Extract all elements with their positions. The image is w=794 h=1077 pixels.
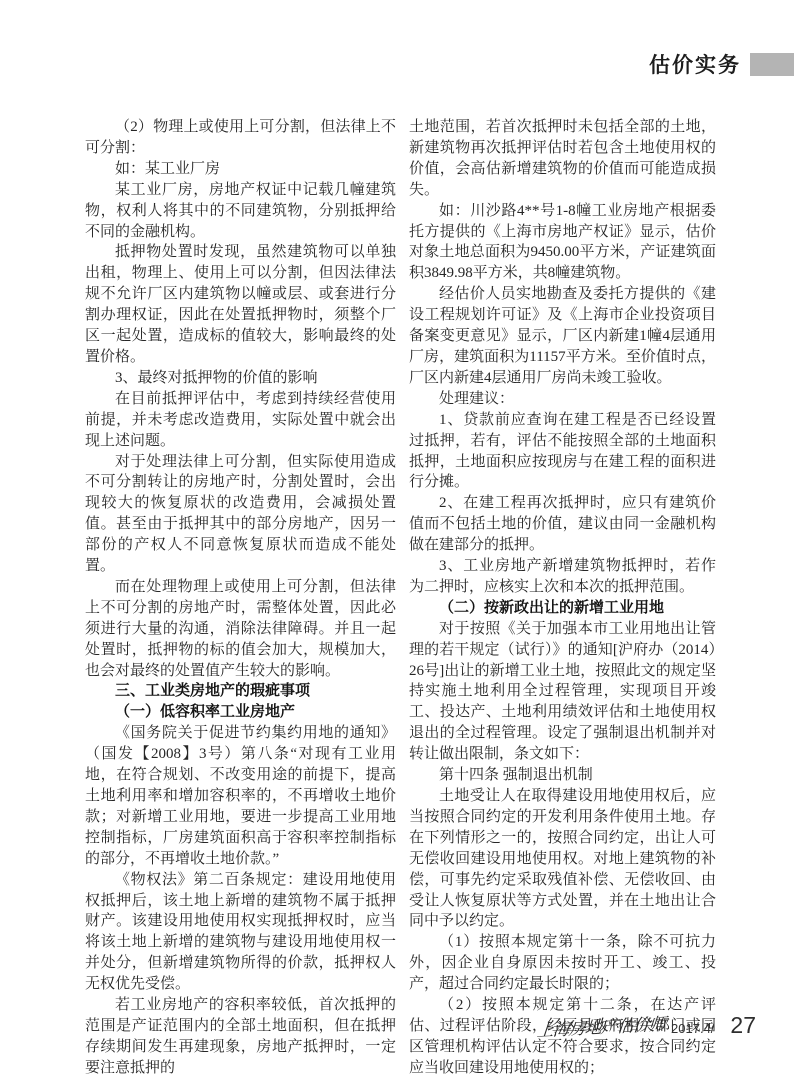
paragraph: 3、最终对抵押物的价值的影响	[85, 368, 396, 389]
paragraph: （2）物理上或使用上可分割，但法律上不可分割：	[85, 117, 396, 159]
paragraph: 如：川沙路4**号1-8幢工业房地产根据委托方提供的《上海市房地产权证》显示，估…	[409, 201, 716, 285]
right-column: 土地范围，若首次抵押时未包括全部的土地，新建筑物再次抵押评估时若包含土地使用权的…	[409, 117, 716, 1077]
paragraph: 经估价人员实地勘查及委托方提供的《建设工程规划许可证》及《上海市企业投资项目备案…	[409, 284, 716, 389]
paragraph: 《物权法》第二百条规定：建设用地使用权抵押后，该土地上新增的建筑物不属于抵押财产…	[85, 870, 396, 995]
issue-label: 2017.4/	[671, 1021, 714, 1036]
paragraph: 土地受让人在取得建设用地使用权后，应当按照合同约定的开发利用条件使用土地。存在下…	[409, 786, 716, 932]
section-heading: 三、工业类房地产的瑕疵事项	[85, 681, 396, 702]
paragraph: 对于按照《关于加强本市工业用地出让管理的若干规定（试行）》的通知[沪府办（201…	[409, 619, 716, 765]
journal-page: 估价实务 （2）物理上或使用上可分割，但法律上不可分割： 如：某工业厂房 某工业…	[0, 0, 794, 1077]
paragraph: 某工业厂房，房地产权证中记载几幢建筑物，权利人将其中的不同建筑物，分别抵押给不同…	[85, 180, 396, 243]
article-body: （2）物理上或使用上可分割，但法律上不可分割： 如：某工业厂房 某工业厂房，房地…	[85, 117, 716, 1077]
paragraph: 处理建议：	[409, 389, 716, 410]
header-decoration-box	[750, 53, 794, 76]
left-column: （2）物理上或使用上可分割，但法律上不可分割： 如：某工业厂房 某工业厂房，房地…	[85, 117, 396, 1077]
paragraph: 3、工业房地产新增建筑物抵押时，若作为二押时，应核实上次和本次的抵押范围。	[409, 556, 716, 598]
journal-logo: 上海房地产估价师	[536, 1010, 666, 1042]
paragraph: 抵押物处置时发现，虽然建筑物可以单独出租，物理上、使用上可以分割，但因法律法规不…	[85, 242, 396, 367]
paragraph-continuation: 土地范围，若首次抵押时未包括全部的土地，新建筑物再次抵押评估时若包含土地使用权的…	[409, 117, 716, 201]
subsection-heading: （一）低容积率工业房地产	[85, 702, 396, 723]
page-header: 估价实务	[649, 49, 794, 79]
paragraph: 在目前抵押评估中，考虑到持续经营使用前提，并未考虑改造费用，实际处置中就会出现上…	[85, 389, 396, 452]
paragraph: 如：某工业厂房	[85, 159, 396, 180]
paragraph: 而在处理物理上或使用上可分割，但法律上不可分割的房地产时，需整体处置，因此必须进…	[85, 577, 396, 682]
page-footer: 上海房地产估价师 2017.4/ 27	[537, 1012, 756, 1039]
paragraph: 第十四条 强制退出机制	[409, 765, 716, 786]
paragraph: 《国务院关于促进节约集约用地的通知》（国发【2008】3号）第八条“对现有工业用…	[85, 723, 396, 869]
page-number: 27	[730, 1012, 756, 1039]
subsection-heading: （二）按新政出让的新增工业用地	[409, 598, 716, 619]
paragraph: 若工业房地产的容积率较低，首次抵押的范围是产证范围内的全部土地面积，但在抵押存续…	[85, 995, 396, 1077]
paragraph: 对于处理法律上可分割，但实际使用造成不可分割转让的房地产时，分割处置时，会出现较…	[85, 452, 396, 577]
paragraph: 2、在建工程再次抵押时，应只有建筑价值而不包括土地的价值，建议由同一金融机构做在…	[409, 493, 716, 556]
section-title: 估价实务	[649, 49, 741, 79]
paragraph: （1）按照本规定第十一条，除不可抗力外，因企业自身原因未按时开工、竣工、投产，超…	[409, 932, 716, 995]
paragraph: 1、贷款前应查询在建工程是否已经设置过抵押，若有，评估不能按照全部的土地面积抵押…	[409, 410, 716, 494]
